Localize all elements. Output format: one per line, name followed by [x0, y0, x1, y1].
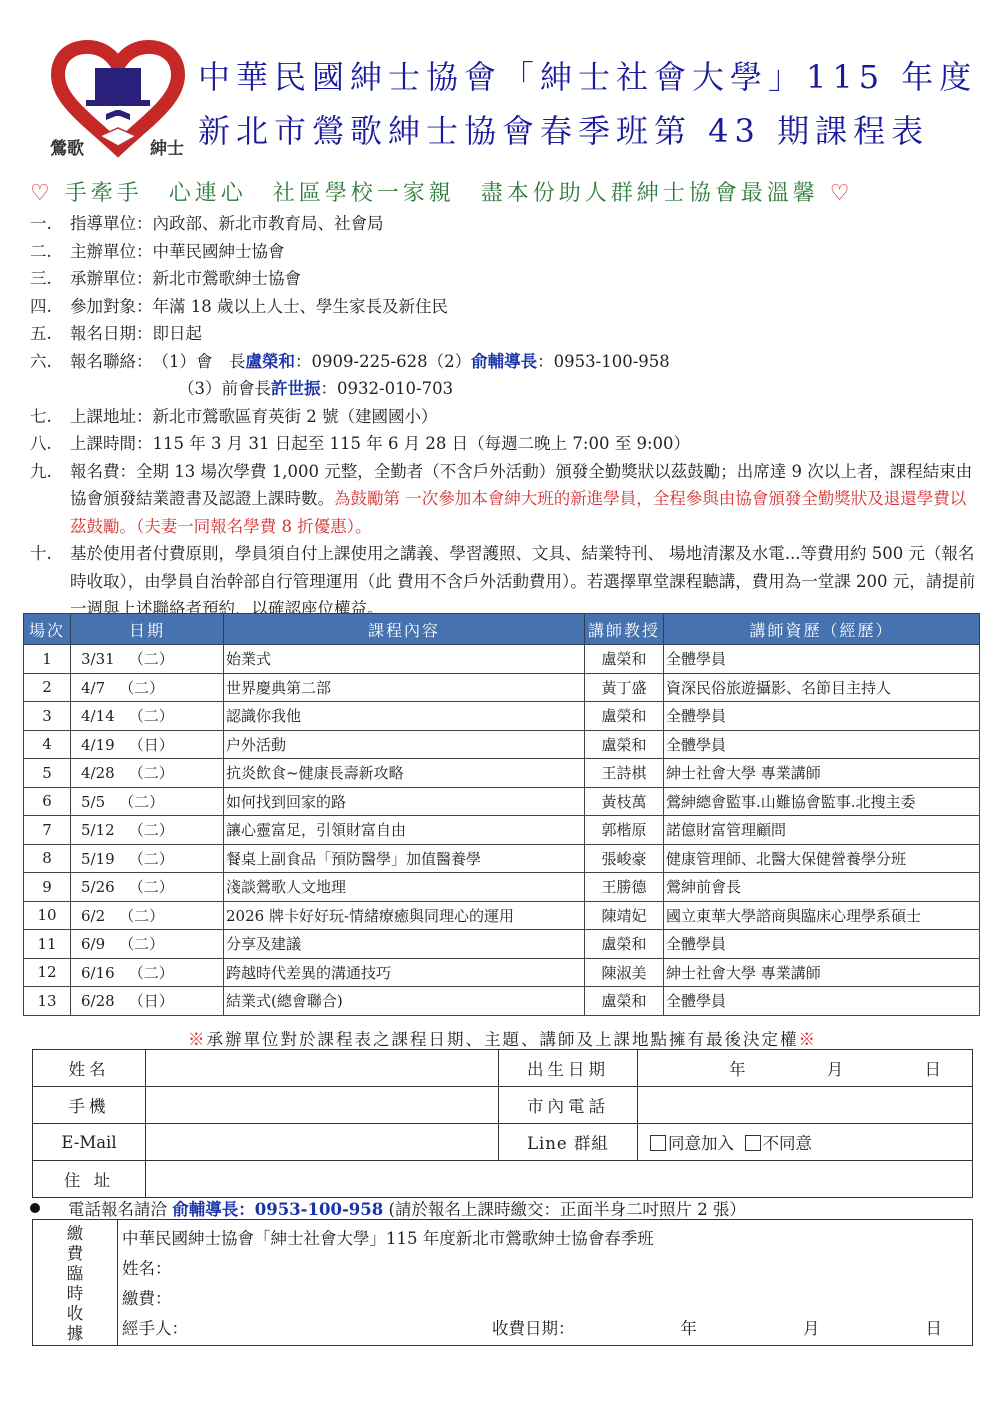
contact-phone[interactable]: ：0932-010-703	[321, 375, 454, 403]
session-topic: 餐桌上副食品「預防醫學」加值醫養學	[224, 844, 585, 873]
address-field[interactable]	[146, 1161, 973, 1198]
title-line-1: 中華民國紳士協會「紳士社會大學」115 年度	[198, 52, 977, 98]
receipt-body: 中華民國紳士協會「紳士社會大學」115 年度新北市鶯歌紳士協會春季班 姓名： 繳…	[118, 1220, 973, 1346]
session-topic: 户外活動	[224, 730, 585, 759]
session-number: 6	[24, 787, 71, 816]
session-date: 6/2（二）	[71, 901, 224, 930]
session-date: 5/12（二）	[71, 816, 224, 845]
teacher-bio: 鶯紳前會長	[664, 873, 980, 902]
session-topic: 認識你我他	[224, 702, 585, 731]
teacher-bio: 鶯紳總會監事.山難協會監事.北搜主委	[664, 787, 980, 816]
table-row: 7 5/12（二） 讓心靈富足，引領財富自由 郭楷原 諾億財富管理顧問	[24, 816, 980, 845]
session-topic: 抗炎飲食~健康長壽新攻略	[224, 759, 585, 788]
receipt-side-label: 繳 費 臨 時 收 據	[33, 1220, 118, 1346]
session-date: 6/16（二）	[71, 958, 224, 987]
session-topic: 淺談鶯歌人文地理	[224, 873, 585, 902]
table-header-row: 場次 日期 課程內容 講師教授 講師資歷（經歷）	[24, 614, 980, 645]
contact-phone[interactable]: ：0909-225-628	[295, 348, 428, 376]
reference-mark-icon: ※	[188, 1030, 207, 1049]
line-group-options: 同意加入 不同意	[638, 1124, 973, 1161]
session-number: 4	[24, 730, 71, 759]
info-item-contact: 六. 報名聯絡： （1）會 長 盧榮和 ：0909-225-628 （2） 俞輔…	[30, 348, 980, 376]
session-teacher: 盧榮和	[585, 930, 664, 959]
table-row: 13 6/28（日） 結業式(總會聯合) 盧榮和 全體學員	[24, 987, 980, 1016]
column-header: 場次	[24, 614, 71, 645]
session-teacher: 盧榮和	[585, 702, 664, 731]
contact-phone[interactable]: 俞輔導長：0953-100-958	[172, 1200, 383, 1219]
name-label: 姓名	[33, 1050, 146, 1087]
teacher-bio: 全體學員	[664, 987, 980, 1016]
session-teacher: 郭楷原	[585, 816, 664, 845]
info-item-guidance: 一. 指導單位： 內政部、新北市教育局、社會局	[30, 210, 980, 238]
session-teacher: 王詩棋	[585, 759, 664, 788]
birthdate-label: 出生日期	[499, 1050, 638, 1087]
contact-name: 盧榮和	[246, 348, 296, 376]
phone-signup-note: 電話報名請洽 俞輔導長：0953-100-958 (請於報名上課時繳交：正面半身…	[30, 1196, 746, 1220]
email-field[interactable]	[146, 1124, 499, 1161]
table-row: 10 6/2（二） 2026 牌卡好好玩-情緒療癒與同理心的運用 陳靖妃 國立東…	[24, 901, 980, 930]
session-number: 11	[24, 930, 71, 959]
receipt-name-label: 姓名：	[122, 1254, 968, 1284]
table-row: 8 5/19（二） 餐桌上副食品「預防醫學」加值醫養學 張峻豪 健康管理師、北醫…	[24, 844, 980, 873]
address-label: 住 址	[33, 1161, 146, 1198]
session-topic: 讓心靈富足，引領財富自由	[224, 816, 585, 845]
course-info-list: 一. 指導單位： 內政部、新北市教育局、社會局 二. 主辦單位： 中華民國紳士協…	[30, 210, 980, 623]
session-topic: 2026 牌卡好好玩-情緒療癒與同理心的運用	[224, 901, 585, 930]
teacher-bio: 全體學員	[664, 645, 980, 674]
info-item-organizer: 二. 主辦單位： 中華民國紳士協會	[30, 238, 980, 266]
document-header: 鶯歌 紳士 中華民國紳士協會「紳士社會大學」115 年度 新北市鶯歌紳士協會春季…	[0, 0, 1005, 170]
session-teacher: 黃枝萬	[585, 787, 664, 816]
session-number: 8	[24, 844, 71, 873]
session-number: 7	[24, 816, 71, 845]
teacher-bio: 紳士社會大學 專業講師	[664, 759, 980, 788]
session-date: 4/28（二）	[71, 759, 224, 788]
session-number: 13	[24, 987, 71, 1016]
teacher-bio: 健康管理師、北醫大保健營養學分班	[664, 844, 980, 873]
table-row: 5 4/28（二） 抗炎飲食~健康長壽新攻略 王詩棋 紳士社會大學 專業講師	[24, 759, 980, 788]
table-row: 2 4/7（二） 世界慶典第二部 黃丁盛 資深民俗旅遊攝影、名節目主持人	[24, 673, 980, 702]
contact-name: 許世振	[271, 375, 321, 403]
final-decision-notice: ※承辦單位對於課程表之課程日期、主題、講師及上課地點擁有最後決定權※	[0, 1026, 1005, 1050]
contact-name: 俞輔導長	[471, 348, 537, 376]
session-teacher: 王勝德	[585, 873, 664, 902]
teacher-bio: 紳士社會大學 專業講師	[664, 958, 980, 987]
session-teacher: 盧榮和	[585, 645, 664, 674]
session-date: 6/9（二）	[71, 930, 224, 959]
session-date: 4/14（二）	[71, 702, 224, 731]
session-number: 2	[24, 673, 71, 702]
column-header: 講師資歷（經歷）	[664, 614, 980, 645]
teacher-bio: 諾億財富管理顧問	[664, 816, 980, 845]
disagree-checkbox[interactable]	[745, 1135, 761, 1151]
course-schedule-table: 場次 日期 課程內容 講師教授 講師資歷（經歷） 1 3/31（二） 始業式 盧…	[23, 613, 980, 1016]
session-teacher: 陳淑美	[585, 958, 664, 987]
table-row: 4 4/19（日） 户外活動 盧榮和 全體學員	[24, 730, 980, 759]
table-row: 6 5/5（二） 如何找到回家的路 黃枝萬 鶯紳總會監事.山難協會監事.北搜主委	[24, 787, 980, 816]
session-number: 12	[24, 958, 71, 987]
teacher-bio: 全體學員	[664, 930, 980, 959]
column-header: 課程內容	[224, 614, 585, 645]
session-teacher: 盧榮和	[585, 730, 664, 759]
landline-label: 市內電話	[499, 1087, 638, 1124]
session-date: 3/31（二）	[71, 645, 224, 674]
session-date: 6/28（日）	[71, 987, 224, 1016]
contact-phone[interactable]: ：0953-100-958	[537, 348, 670, 376]
info-item-signup-date: 五. 報名日期： 即日起	[30, 320, 980, 348]
session-teacher: 盧榮和	[585, 987, 664, 1016]
name-field[interactable]	[146, 1050, 499, 1087]
slogan: ♡ 手牽手 心連心 社區學校一家親 盡本份助人群紳士協會最溫馨 ♡	[30, 176, 980, 207]
title-line-2: 新北市鶯歌紳士協會春季班第 43 期課程表	[198, 106, 929, 152]
session-number: 10	[24, 901, 71, 930]
table-row: 3 4/14（二） 認識你我他 盧榮和 全體學員	[24, 702, 980, 731]
session-date: 5/26（二）	[71, 873, 224, 902]
session-date: 5/5（二）	[71, 787, 224, 816]
landline-field[interactable]	[638, 1087, 973, 1124]
agree-checkbox[interactable]	[650, 1135, 666, 1151]
line-group-label: Line 群組	[499, 1124, 638, 1161]
teacher-bio: 國立東華大學諮商與臨床心理學系碩士	[664, 901, 980, 930]
info-item-time: 八. 上課時間： 115 年 3 月 31 日起至 115 年 6 月 28 日…	[30, 430, 980, 458]
session-number: 5	[24, 759, 71, 788]
session-date: 4/7（二）	[71, 673, 224, 702]
receipt-fee-label: 繳費：	[122, 1284, 968, 1314]
table-row: 11 6/9（二） 分享及建議 盧榮和 全體學員	[24, 930, 980, 959]
receipt-handler-label: 經手人：	[122, 1314, 188, 1344]
session-teacher: 張峻豪	[585, 844, 664, 873]
session-teacher: 陳靖妃	[585, 901, 664, 930]
session-topic: 分享及建議	[224, 930, 585, 959]
column-header: 日期	[71, 614, 224, 645]
info-item-contact-3: （3）前會長 許世振 ：0932-010-703	[30, 375, 980, 403]
info-item-participants: 四. 參加對象： 年滿 18 歲以上人士、學生家長及新住民	[30, 293, 980, 321]
svg-text:紳士: 紳士	[149, 138, 184, 159]
session-topic: 世界慶典第二部	[224, 673, 585, 702]
mobile-field[interactable]	[146, 1087, 499, 1124]
info-item-materials: 十. 基於使用者付費原則，學員須自付上課使用之講義、學習護照、文具、結業特刊、 …	[30, 540, 980, 623]
session-teacher: 黃丁盛	[585, 673, 664, 702]
table-row: 9 5/26（二） 淺談鶯歌人文地理 王勝德 鶯紳前會長	[24, 873, 980, 902]
table-row: 12 6/16（二） 跨越時代差異的溝通技巧 陳淑美 紳士社會大學 專業講師	[24, 958, 980, 987]
column-header: 講師教授	[585, 614, 664, 645]
mobile-label: 手機	[33, 1087, 146, 1124]
session-number: 3	[24, 702, 71, 731]
slogan-text: 手牽手 心連心 社區學校一家親 盡本份助人群紳士協會最溫馨	[65, 181, 819, 206]
reference-mark-icon: ※	[799, 1030, 818, 1049]
heart-icon: ♡	[30, 181, 54, 206]
info-item-host: 三. 承辦單位： 新北市鶯歌紳士協會	[30, 265, 980, 293]
bullet-icon	[30, 1203, 40, 1213]
table-row: 1 3/31（二） 始業式 盧榮和 全體學員	[24, 645, 980, 674]
teacher-bio: 全體學員	[664, 730, 980, 759]
receipt-date: 收費日期： 年 月 日	[492, 1314, 968, 1344]
gentleman-association-logo-icon: 鶯歌 紳士	[48, 40, 188, 160]
birthdate-field[interactable]: 年 月 日	[638, 1050, 973, 1087]
svg-text:鶯歌: 鶯歌	[50, 138, 84, 159]
info-item-address: 七. 上課地址： 新北市鶯歌區育英街 2 號（建國國小）	[30, 403, 980, 431]
heart-icon: ♡	[830, 181, 854, 206]
teacher-bio: 資深民俗旅遊攝影、名節目主持人	[664, 673, 980, 702]
session-topic: 如何找到回家的路	[224, 787, 585, 816]
receipt-title: 中華民國紳士協會「紳士社會大學」115 年度新北市鶯歌紳士協會春季班	[122, 1224, 968, 1254]
session-topic: 始業式	[224, 645, 585, 674]
info-item-fee: 九. 報名費：全期 13 場次學費 1,000 元整，全勤者（不含戶外活動）頒發…	[30, 458, 980, 541]
teacher-bio: 全體學員	[664, 702, 980, 731]
session-topic: 跨越時代差異的溝通技巧	[224, 958, 585, 987]
temporary-receipt: 繳 費 臨 時 收 據 中華民國紳士協會「紳士社會大學」115 年度新北市鶯歌紳…	[32, 1219, 973, 1346]
session-date: 4/19（日）	[71, 730, 224, 759]
session-number: 9	[24, 873, 71, 902]
session-topic: 結業式(總會聯合)	[224, 987, 585, 1016]
email-label: E-Mail	[33, 1124, 146, 1161]
session-date: 5/19（二）	[71, 844, 224, 873]
session-number: 1	[24, 645, 71, 674]
registration-form: 姓名 出生日期 年 月 日 手機 市內電話 E-Mail Line 群組 同意加…	[32, 1049, 973, 1198]
